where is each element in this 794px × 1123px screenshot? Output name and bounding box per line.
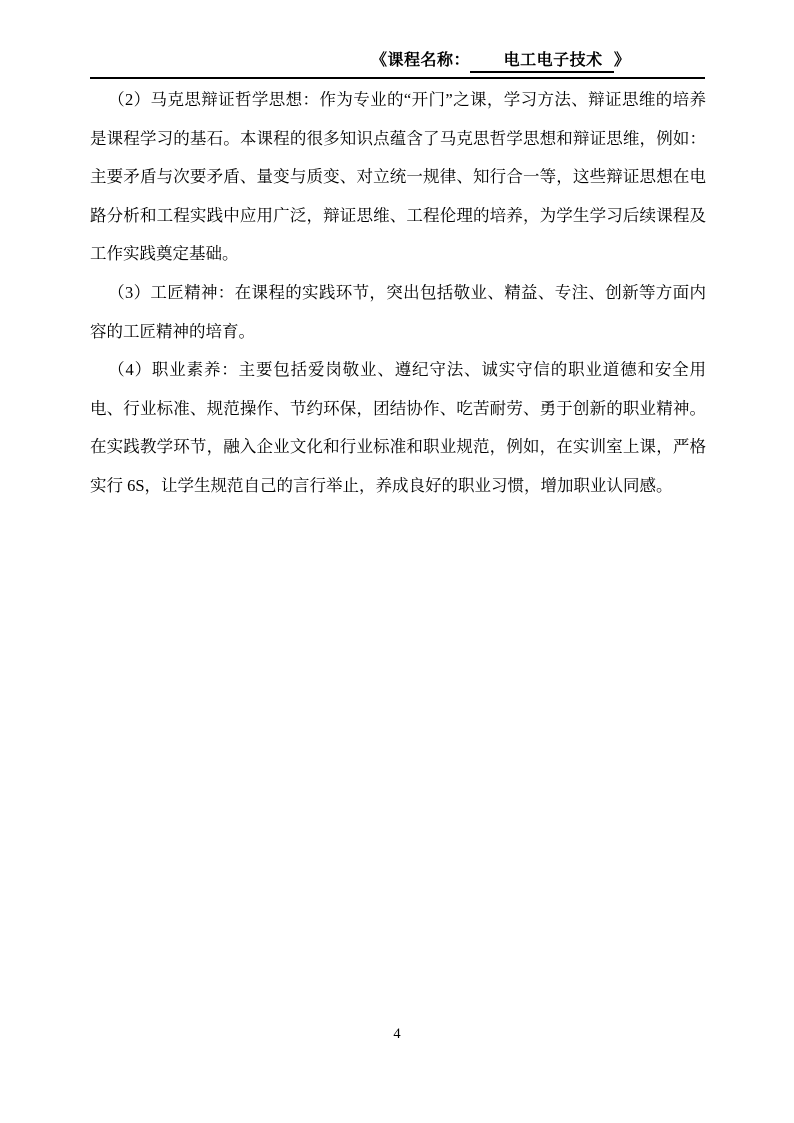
header-title-prefix: 《课程名称： [371,52,470,69]
header-rule [90,77,705,79]
header-title-suffix: 》 [614,52,631,69]
document-page: 《课程名称：电工电子技术》 （2）马克思辩证哲学思想：作为专业的“开门”之课，学… [0,0,794,1123]
page-footer: 4 [0,1025,794,1043]
document-body: （2）马克思辩证哲学思想：作为专业的“开门”之课，学习方法、辩证思维的培养是课程… [90,81,706,506]
paragraph-marxist-dialectics: （2）马克思辩证哲学思想：作为专业的“开门”之课，学习方法、辩证思维的培养是课程… [90,81,706,274]
paragraph-craftsman-spirit: （3）工匠精神：在课程的实践环节，突出包括敬业、精益、专注、创新等方面内容的工匠… [90,274,706,351]
paragraph-professional-quality: （4）职业素养：主要包括爱岗敬业、遵纪守法、诚实守信的职业道德和安全用电、行业标… [90,351,706,505]
header-course-name: 电工电子技术 [470,51,614,73]
page-number: 4 [393,1026,400,1042]
page-header: 《课程名称：电工电子技术》 [371,50,630,73]
